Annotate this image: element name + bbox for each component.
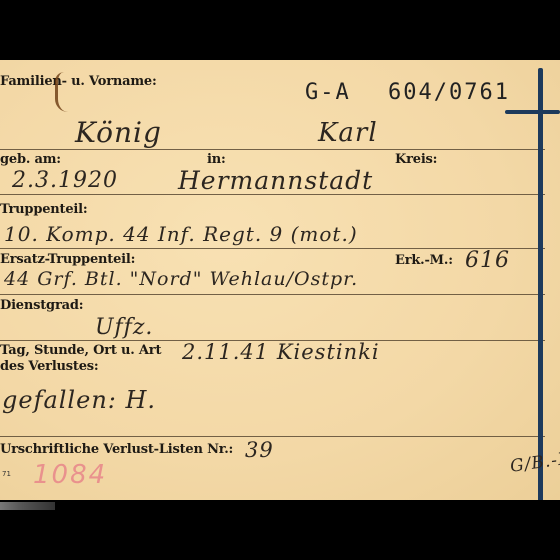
cross-icon-bar	[505, 110, 560, 114]
form-code: 71	[2, 470, 11, 478]
replacement-unit-label: Ersatz-Truppenteil:	[0, 253, 135, 268]
unit-label: Truppenteil:	[0, 203, 87, 218]
birth-date-value: 2.3.1920	[12, 168, 118, 193]
cross-icon	[538, 68, 543, 500]
red-number: 1084	[33, 460, 107, 490]
first-name-value: Karl	[318, 118, 378, 148]
loss-details-value: 2.11.41 Kiestinki	[182, 340, 380, 364]
code-number: 604/0761	[388, 80, 510, 105]
loss-label-line1: Tag, Stunde, Ort u. Art	[0, 344, 161, 359]
bottom-right-note: G/B.-H.	[509, 447, 560, 477]
id-tag-value: 616	[465, 248, 510, 273]
index-card: G-A 604/0761 Familien- u. Vorname: König…	[0, 60, 560, 500]
bracket-mark	[55, 72, 68, 112]
rule-loss	[0, 436, 545, 437]
rule-name	[0, 149, 545, 150]
rule-replacement-unit	[0, 294, 545, 295]
loss-label-line2: des Verlustes:	[0, 360, 99, 375]
loss-type-value: gefallen: H.	[2, 386, 156, 414]
rule-unit	[0, 248, 545, 249]
birth-label: geb. am:	[0, 153, 61, 168]
surname-value: König	[75, 116, 162, 149]
code-prefix: G-A	[305, 80, 351, 105]
district-label: Kreis:	[395, 153, 437, 168]
lists-number-value: 39	[245, 438, 274, 462]
birthplace-value: Hermannstadt	[178, 166, 373, 195]
replacement-unit-value: 44 Grf. Btl. "Nord" Wehlau/Ostpr.	[4, 268, 358, 290]
lists-label: Urschriftliche Verlust-Listen Nr.:	[0, 443, 233, 458]
unit-value: 10. Komp. 44 Inf. Regt. 9 (mot.)	[4, 222, 358, 246]
name-label: Familien- u. Vorname:	[0, 75, 157, 90]
id-tag-label: Erk.-M.:	[395, 254, 453, 269]
rank-value: Uffz.	[95, 315, 153, 340]
scan-artifact	[0, 502, 55, 510]
rank-label: Dienstgrad:	[0, 299, 83, 314]
